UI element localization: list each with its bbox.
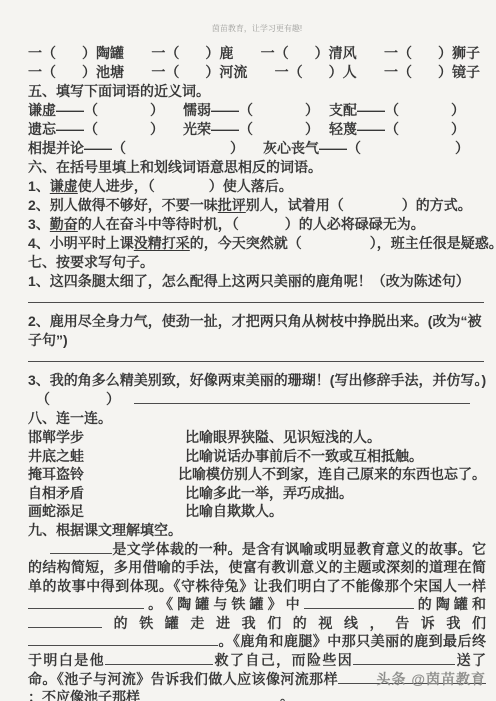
fill-text: ；不应像池子那样 (28, 689, 140, 701)
synonym-word: 支配 (329, 102, 357, 118)
fill-text: 的陶罐和 (414, 596, 486, 612)
underlined-word: 谦虚 (50, 178, 78, 194)
paren-open: （ (36, 391, 50, 407)
synonym-word: 相提并论 (28, 140, 84, 156)
item-text: 的人在奋斗中等待时机，（ (78, 216, 239, 232)
synonym-word: 懦弱 (183, 102, 211, 118)
quantifier-open: 一（ (275, 64, 303, 80)
match-row: 掩耳盗铃比喻模仿别人不到家，连自己原来的东西也忘了。 (28, 465, 486, 484)
quantifier-open: 一（ (261, 45, 289, 61)
quantifier-open: 一（ (151, 64, 179, 80)
paren-close: ） (106, 391, 120, 407)
synonym-item: 轻蔑——（） (329, 120, 465, 139)
quantifier-open: 一（ (28, 45, 56, 61)
item-text: 3、 (28, 216, 50, 232)
quantifier-item: 一（）清风 (261, 44, 357, 63)
match-row: 画蛇添足比喻自欺欺人。 (28, 502, 486, 521)
fill-text: 救了自己，而险些因 (213, 652, 353, 668)
quantifier-item: 一（）狮子 (384, 44, 480, 63)
fill-blank (140, 689, 280, 701)
synonym-word: 遗忘 (28, 121, 56, 137)
sentence-item-1: 1、这四条腿太细了，怎么配得上这两只美丽的鹿角呢！（改为陈述句） (28, 272, 486, 291)
dash-open: ——（ (211, 121, 253, 137)
fill-text: 的铁罐走进我们的视线，告诉我们 (102, 615, 486, 631)
quantifier-open: 一（ (384, 45, 412, 61)
dash-open: ——（ (319, 140, 361, 156)
synonym-row: 遗忘——（） 光荣——（） 轻蔑——（） (28, 120, 486, 139)
item-text: 别人，试着用（ (246, 197, 344, 213)
watermark: 头条 @茵苗教育 (376, 670, 486, 689)
item-text: 的，今天突然就（ (190, 235, 302, 251)
synonym-item: 遗忘——（） (28, 120, 183, 139)
quantifier-open: 一（ (384, 64, 412, 80)
dash-open: ——（ (56, 121, 98, 137)
fill-blank (28, 596, 144, 609)
section6-title: 六、在括号里填上和划线词语意思相反的词语。 (28, 158, 486, 177)
synonym-item: 谦虚——（） (28, 101, 183, 120)
dash-open: ——（ (84, 140, 126, 156)
dash-open: ——（ (211, 102, 253, 118)
quantifier-close: ）人 (329, 64, 357, 80)
answer-blank (134, 391, 470, 404)
match-idiom: 自相矛盾 (28, 484, 185, 503)
match-meaning: 比喻自欺欺人。 (185, 502, 486, 521)
quantifier-item: 一（）镜子 (384, 63, 480, 82)
paren-close: ） (150, 102, 164, 118)
fill-blank (304, 596, 414, 609)
quantifier-close: ）池塘 (82, 64, 124, 80)
sentence-item-3: 3、我的角多么精美别致，好像两束美丽的珊瑚！(写出修辞手法，并仿写。) (28, 371, 486, 390)
match-row: 井底之蛙比喻说话办事前后不一致或互相抵触。 (28, 447, 486, 466)
paren-close: ） (451, 121, 465, 137)
quantifier-row-1: 一（）陶罐 一（）鹿 一（）清风 一（）狮子 (28, 44, 480, 63)
antonym-item-2: 2、别人做得不够好，不要一味批评别人，试着用（）的方式。 (28, 196, 486, 215)
item-text: 1、 (28, 178, 50, 194)
sentence-item-3-answer: （） (28, 390, 486, 409)
section9-title: 九、根据课文理解填空。 (28, 521, 486, 540)
dash-open: ——（ (56, 102, 98, 118)
match-meaning: 比喻说话办事前后不一致或互相抵触。 (185, 447, 486, 466)
synonym-word: 谦虚 (28, 102, 56, 118)
match-idiom: 邯郸学步 (28, 428, 185, 447)
quantifier-item: 一（）鹿 (151, 44, 233, 63)
worksheet-page: 茵苗教育，让学习更有趣! 一（）陶罐 一（）鹿 一（）清风 一（）狮子 一（）池… (0, 0, 496, 701)
dash-open: ——（ (357, 102, 399, 118)
fill-blank (353, 652, 455, 665)
antonym-item-1: 1、谦虚使人进步，（）使人落后。 (28, 177, 486, 196)
item-text: ）使人落后。 (209, 178, 293, 194)
fill-blank (28, 633, 218, 646)
synonym-item: 灰心丧气——（） (263, 139, 469, 158)
match-meaning: 比喻多此一举，弄巧成拙。 (185, 484, 486, 503)
sentence-item-2: 2、鹿用尽全身力气，使劲一扯，才把两只角从树枝中挣脱出来。(改为“被子句”) (28, 312, 486, 350)
synonym-word: 灰心丧气 (263, 140, 319, 156)
paren-close: ） (305, 121, 319, 137)
answer-line (28, 350, 484, 362)
synonym-row: 相提并论——（） 灰心丧气——（） (28, 139, 486, 158)
paren-close: ） (305, 102, 319, 118)
fill-text: 。《陶罐与铁罐》中 (144, 596, 304, 612)
item-text: ），班主任很是疑惑。 (370, 235, 496, 251)
quantifier-open: 一（ (151, 45, 179, 61)
match-meaning: 比喻眼界狭隘、见识短浅的人。 (185, 428, 486, 447)
synonym-item: 支配——（） (329, 101, 465, 120)
match-idiom: 掩耳盗铃 (28, 465, 178, 484)
item-text: ）的人必将碌碌无为。 (285, 216, 425, 232)
synonym-item: 懦弱——（） (183, 101, 329, 120)
item-text: 使人进步，（ (78, 178, 155, 194)
section8-title: 八、连一连。 (28, 409, 486, 428)
fill-blank (105, 652, 213, 665)
quantifier-close: ）陶罐 (82, 45, 124, 61)
synonym-word: 轻蔑 (329, 121, 357, 137)
paren-close: ） (230, 140, 244, 156)
synonym-item: 相提并论——（） (28, 139, 263, 158)
dash-open: ——（ (357, 121, 399, 137)
match-meaning: 比喻模仿别人不到家，连自己原来的东西也忘了。 (178, 465, 486, 484)
answer-line (28, 291, 484, 303)
fill-blank (50, 541, 112, 554)
quantifier-close: ）狮子 (438, 45, 480, 61)
header-note: 茵苗教育，让学习更有趣! (28, 24, 486, 34)
paren-close: ） (150, 121, 164, 137)
underlined-word: 批评 (218, 197, 246, 213)
quantifier-close: ）镜子 (438, 64, 480, 80)
item-text: 2、别人做得不够好，不要一味 (28, 197, 218, 213)
underlined-word: 没精打采 (134, 235, 190, 251)
antonym-item-3: 3、勤奋的人在奋斗中等待时机，（）的人必将碌碌无为。 (28, 215, 486, 234)
antonym-item-4: 4、小明平时上课没精打采的，今天突然就（），班主任很是疑惑。 (28, 234, 486, 253)
match-row: 自相矛盾比喻多此一举，弄巧成拙。 (28, 484, 486, 503)
fill-blank (28, 615, 102, 628)
quantifier-item: 一（）河流 (151, 63, 247, 82)
match-row: 邯郸学步比喻眼界狭隘、见识短浅的人。 (28, 428, 486, 447)
synonym-row: 谦虚——（） 懦弱——（） 支配——（） (28, 101, 486, 120)
match-idiom: 画蛇添足 (28, 502, 185, 521)
quantifier-item: 一（）池塘 (28, 63, 124, 82)
quantifier-close: ）鹿 (205, 45, 233, 61)
match-idiom: 井底之蛙 (28, 447, 185, 466)
underlined-word: 勤奋 (50, 216, 78, 232)
quantifier-row-2: 一（）池塘 一（）河流 一（）人 一（）镜子 (28, 63, 480, 82)
synonym-word: 光荣 (183, 121, 211, 137)
item-text: ）的方式。 (402, 197, 472, 213)
synonym-item: 光荣——（） (183, 120, 329, 139)
section5-title: 五、填写下面词语的近义词。 (28, 82, 486, 101)
quantifier-open: 一（ (28, 64, 56, 80)
paren-close: ） (455, 140, 469, 156)
quantifier-item: 一（）陶罐 (28, 44, 124, 63)
quantifier-close: ）清风 (315, 45, 357, 61)
item-text: 4、小明平时上课 (28, 235, 134, 251)
quantifier-item: 一（）人 (275, 63, 357, 82)
quantifier-close: ）河流 (205, 64, 247, 80)
paren-close: ） (451, 102, 465, 118)
fill-text: 。 (280, 689, 294, 701)
section7-title: 七、按要求写句子。 (28, 253, 486, 272)
